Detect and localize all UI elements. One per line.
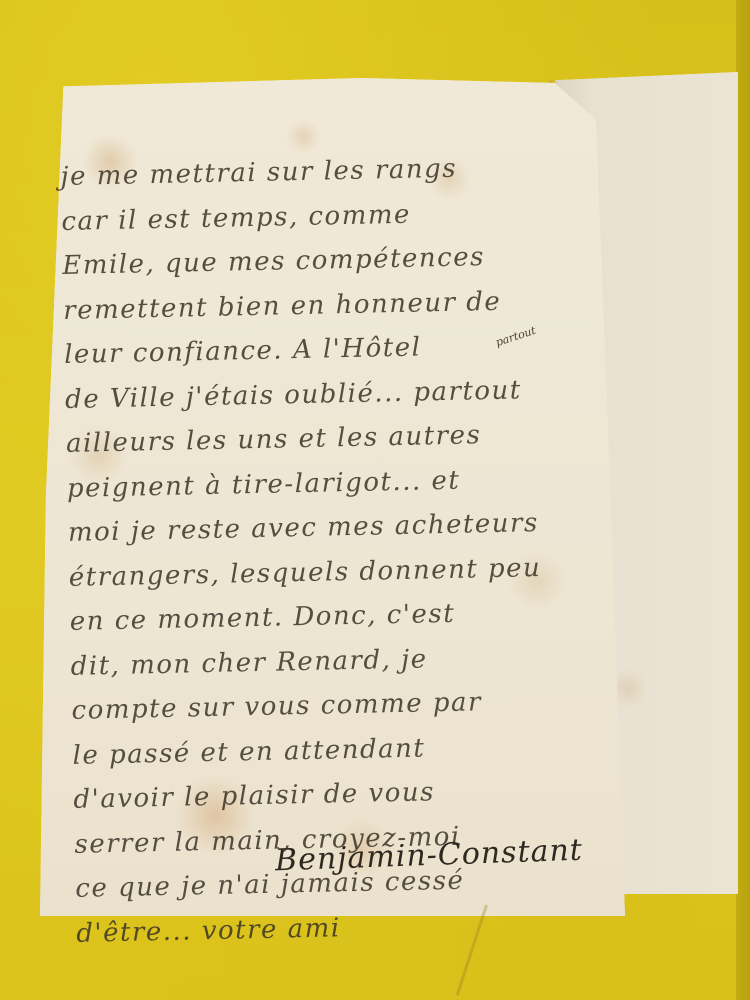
background-edge: [736, 0, 750, 1000]
